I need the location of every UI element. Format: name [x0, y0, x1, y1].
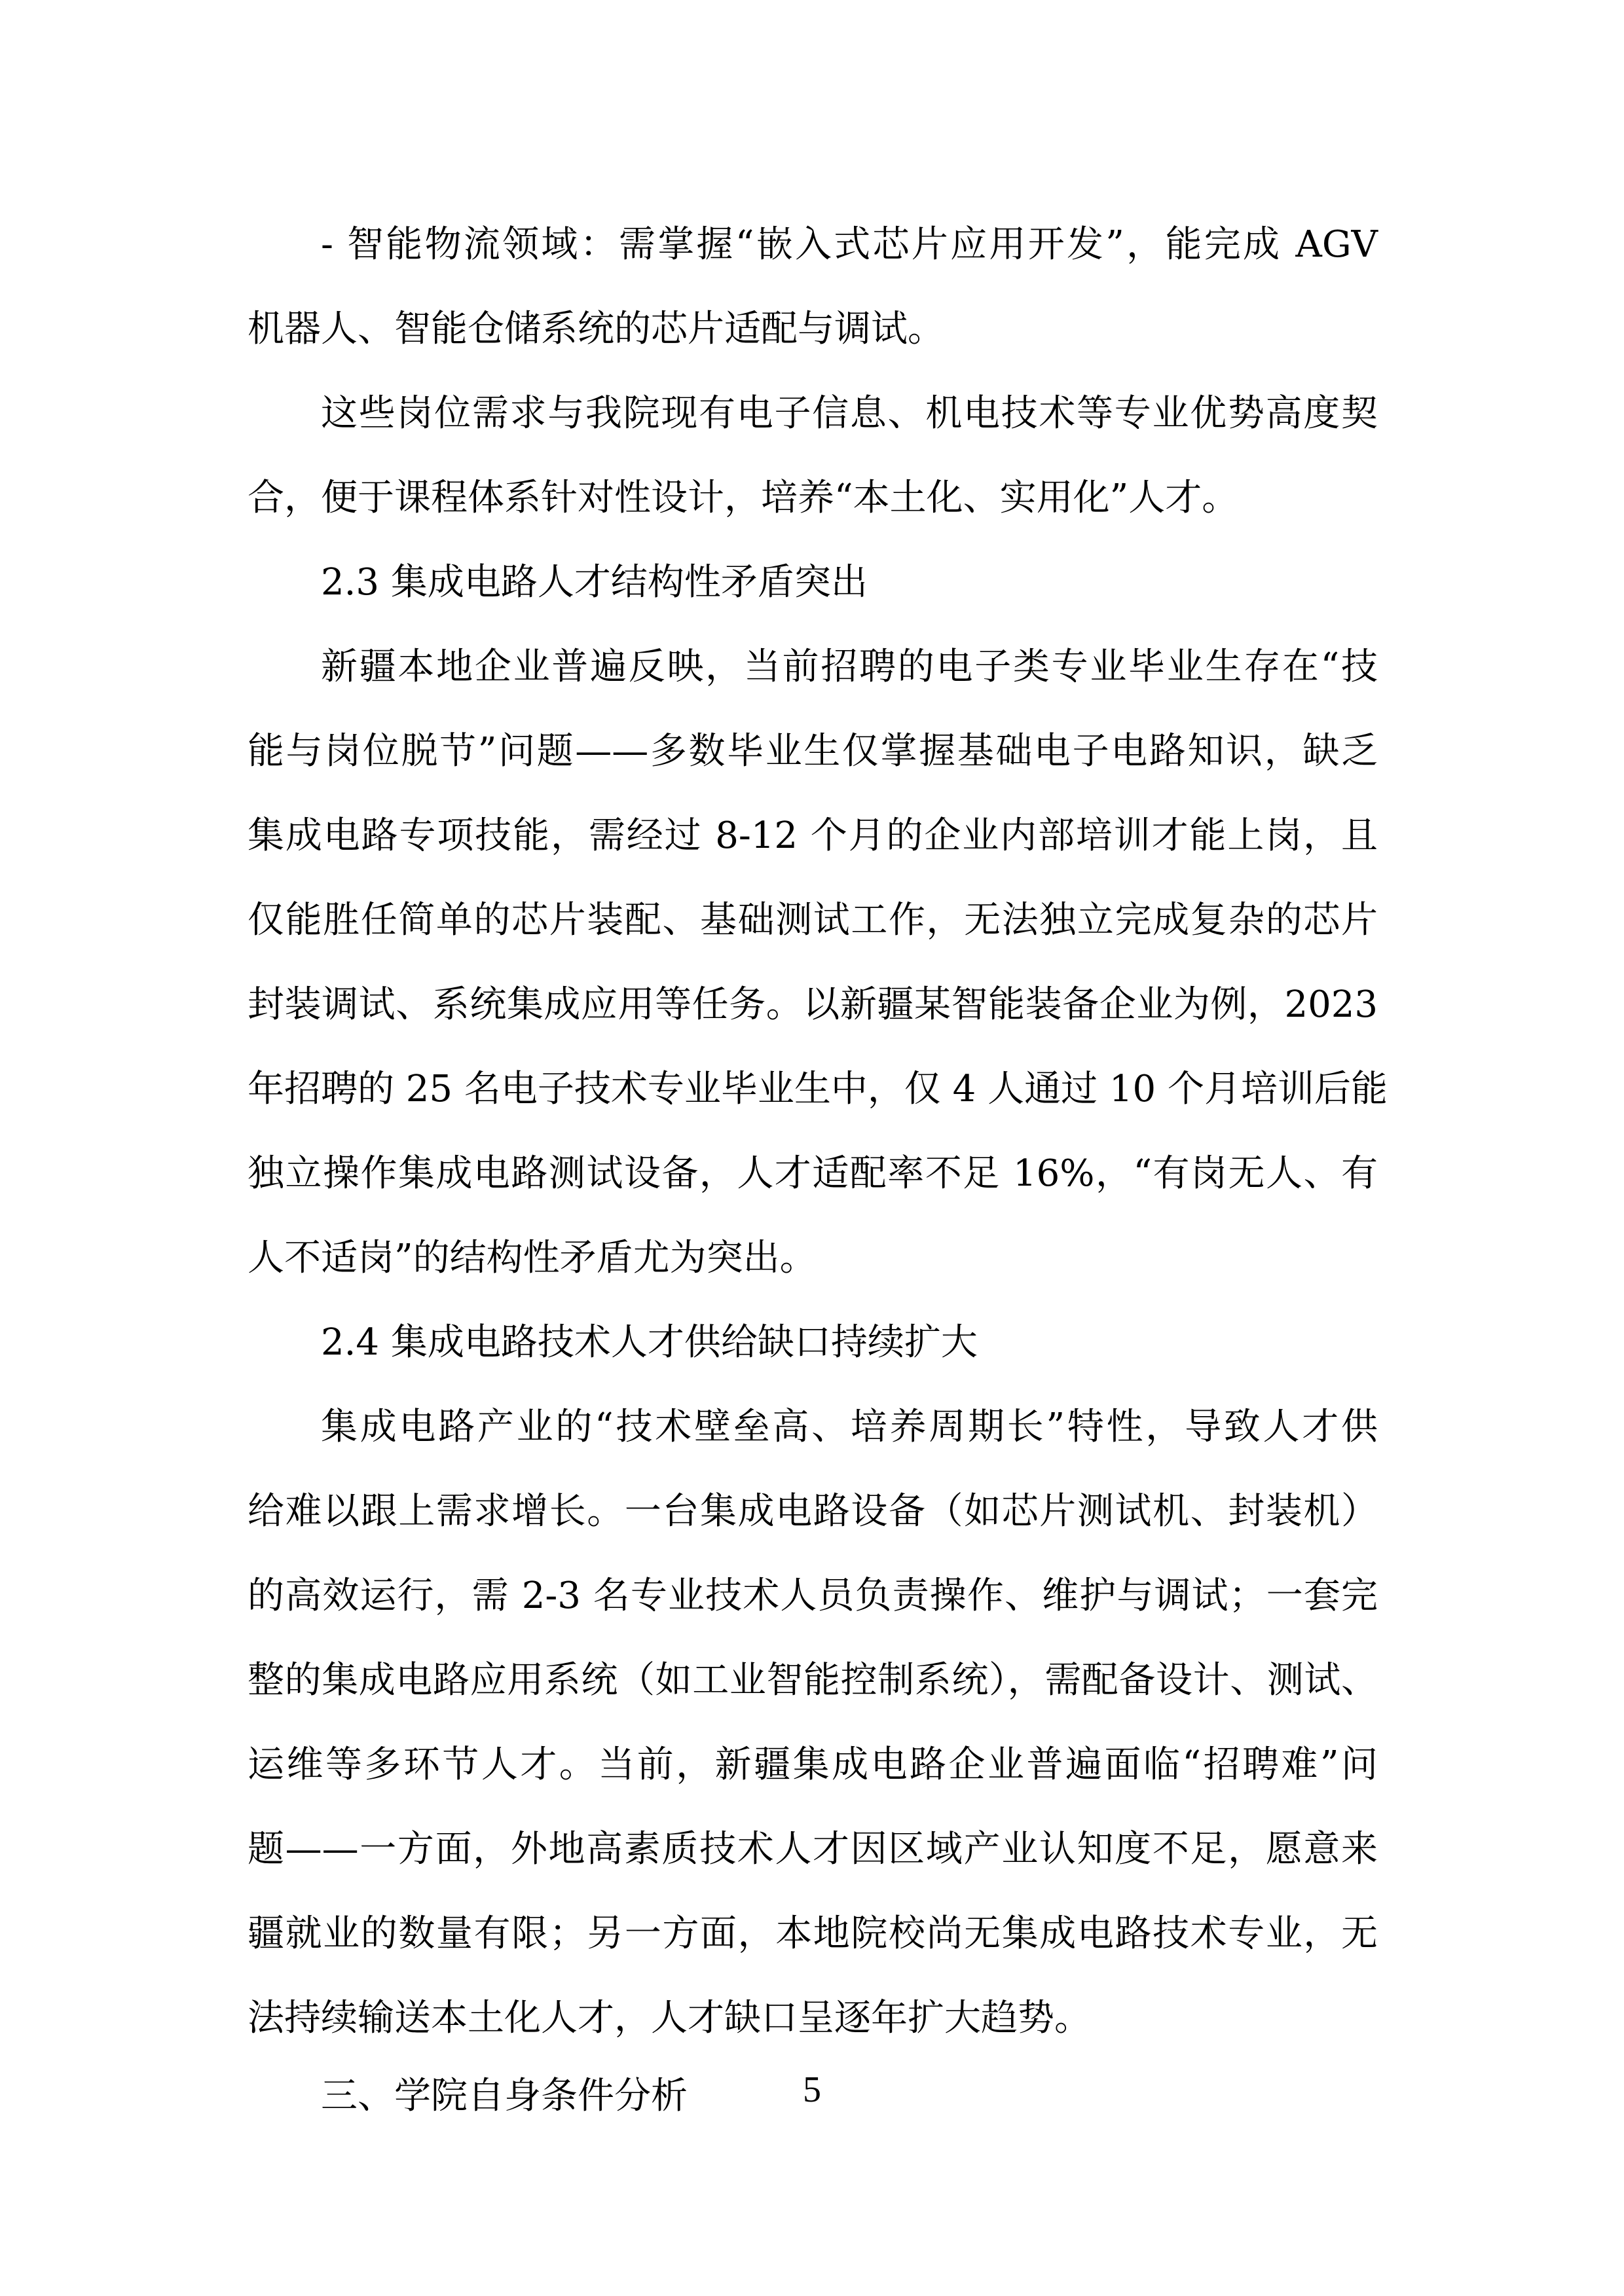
text-line: 的高效运行，需 2-3 名专业技术人员负责操作、维护与调试；一套完 — [248, 1575, 1378, 1617]
page-number: 5 — [0, 2069, 1624, 2111]
text-line: 封装调试、系统集成应用等任务。以新疆某智能装备企业为例，2023 — [248, 984, 1378, 1026]
text-line: 给难以跟上需求增长。一台集成电路设备（如芯片测试机、封装机） — [248, 1491, 1378, 1533]
text-line: 仅能胜任简单的芯片装配、基础测试工作，无法独立完成复杂的芯片 — [248, 900, 1378, 941]
text-line: 机器人、智能仓储系统的芯片适配与调试。 — [248, 308, 1378, 350]
text-line: 法持续输送本土化人才，人才缺口呈逐年扩大趋势。 — [248, 1997, 1378, 2039]
text-line: - 智能物流领域：需掌握“嵌入式芯片应用开发”，能完成 AGV — [321, 224, 1378, 266]
section-heading: 2.3 集成电路人才结构性矛盾突出 — [321, 562, 1378, 604]
text-line: 运维等多环节人才。当前，新疆集成电路企业普遍面临“招聘难”问 — [248, 1744, 1378, 1786]
text-line: 独立操作集成电路测试设备，人才适配率不足 16%，“有岗无人、有 — [248, 1153, 1378, 1195]
document-page: - 智能物流领域：需掌握“嵌入式芯片应用开发”，能完成 AGV 机器人、智能仓储… — [0, 0, 1624, 2296]
text-line: 合，便于课程体系针对性设计，培养“本土化、实用化”人才。 — [248, 477, 1378, 519]
text-line: 人不适岗”的结构性矛盾尤为突出。 — [248, 1237, 1378, 1279]
section-heading: 2.4 集成电路技术人才供给缺口持续扩大 — [321, 1322, 1378, 1364]
text-line: 新疆本地企业普遍反映，当前招聘的电子类专业毕业生存在“技 — [321, 646, 1378, 688]
text-line: 疆就业的数量有限；另一方面，本地院校尚无集成电路技术专业，无 — [248, 1913, 1378, 1955]
text-line: 集成电路产业的“技术壁垒高、培养周期长”特性，导致人才供 — [321, 1406, 1378, 1448]
text-line: 能与岗位脱节”问题——多数毕业生仅掌握基础电子电路知识，缺乏 — [248, 731, 1378, 773]
text-line: 年招聘的 25 名电子技术专业毕业生中，仅 4 人通过 10 个月培训后能 — [248, 1068, 1378, 1110]
text-line: 整的集成电路应用系统（如工业智能控制系统），需配备设计、测试、 — [248, 1660, 1378, 1702]
text-line: 这些岗位需求与我院现有电子信息、机电技术等专业优势高度契 — [321, 393, 1378, 435]
text-line: 题——一方面，外地高素质技术人才因区域产业认知度不足，愿意来 — [248, 1829, 1378, 1870]
text-line: 集成电路专项技能，需经过 8-12 个月的企业内部培训才能上岗，且 — [248, 815, 1378, 857]
